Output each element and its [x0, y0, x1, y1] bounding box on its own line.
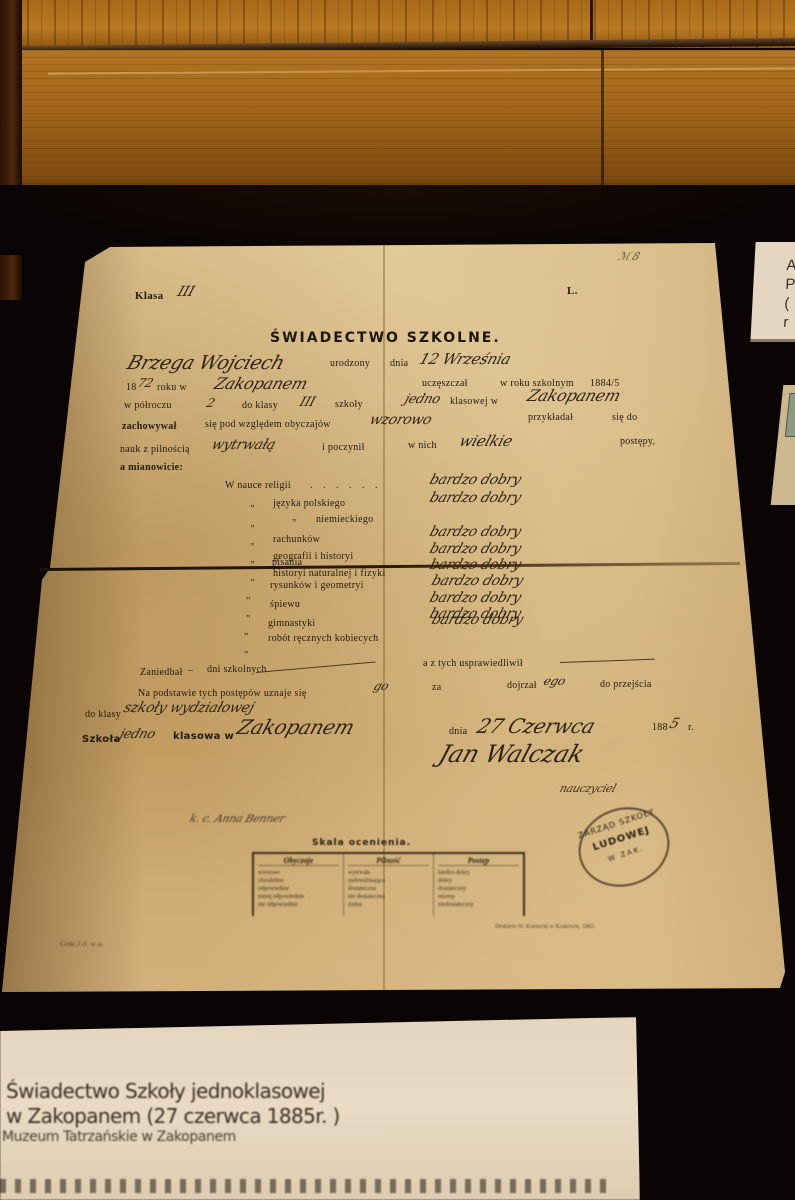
issue-year-prefix: 188	[652, 722, 668, 733]
subject-grade: bardzo dobry	[427, 541, 523, 557]
year-place-label: roku w	[157, 382, 187, 393]
behaved-label: zachowywał	[122, 421, 177, 432]
day-label: dnia	[390, 358, 408, 369]
next-class-value: szkoły wydziałowej	[121, 700, 256, 716]
scale-column-head: Pilność	[348, 856, 429, 866]
scale-column: Postęp bardzo dobry dobry dostateczny mi…	[434, 854, 523, 916]
scale-entry: żadna	[348, 901, 429, 909]
subject-grade: bardzo dobry	[427, 590, 523, 606]
to-class2-label: do klasy	[85, 709, 121, 720]
subject-grade: bardzo dobry	[427, 524, 523, 540]
school2-type: jedno	[118, 727, 158, 742]
neglected-value: –	[188, 665, 193, 676]
scale-entry: wytrwała	[348, 869, 429, 877]
subject-name: rachunków	[273, 534, 320, 545]
ditto-mark: „	[250, 536, 254, 547]
issue-r: r.	[688, 722, 694, 733]
school-type: jedno	[403, 392, 443, 407]
ditto-mark: „	[250, 518, 254, 529]
diligence-value: wytrwałą	[209, 437, 277, 453]
teacher-signature: Jan Walczak	[435, 740, 587, 768]
neglected-label: Zaniedbał	[140, 667, 183, 678]
scale-entry: odpowiednie	[258, 885, 339, 893]
issue-day-label: dnia	[449, 726, 467, 737]
scale-entry: dostateczna	[348, 885, 429, 893]
scale-entry: mniej odpowiednie	[258, 893, 339, 901]
subject-name: rysunków i geometryi	[270, 580, 364, 591]
school-days-label: dni szkolnych	[207, 664, 267, 675]
leader-dots: . . . . . .	[310, 480, 382, 491]
progress-label: i poczynił	[322, 442, 365, 453]
attended-label: uczęszczał	[422, 378, 468, 389]
issue-date: 27 Czerwca	[474, 714, 598, 738]
left-signature: k. c. Anna Benner	[188, 812, 287, 825]
scale-entry: mierny	[438, 893, 519, 901]
subject-name: gimnastyki	[268, 618, 315, 629]
ditto-mark: „	[250, 554, 254, 565]
progress-suffix: postępy,	[620, 436, 655, 447]
ditto-mark: „	[244, 626, 248, 637]
for-label: za	[432, 682, 441, 693]
caption-title-line1: Świadectwo Szkoły jednoklasowej	[6, 1079, 325, 1103]
school-certificate: Klasa III L. ℳ 8 ŚWIADECTWO SZKOLNE. Brz…	[0, 0, 795, 1000]
ditto-mark: „	[250, 572, 254, 583]
museum-caption-card: Świadectwo Szkoły jednoklasowej w Zakopa…	[0, 1017, 640, 1200]
subject-name: pisania	[272, 557, 302, 568]
school-place: Zakopanem	[525, 386, 623, 405]
scale-entry: bardzo dobry	[438, 869, 519, 877]
ditto-mark: „	[246, 608, 250, 619]
scale-column: Obyczaje wzorowe chwalebne odpowiednie m…	[254, 854, 344, 916]
birth-date: 12 Września	[417, 350, 513, 368]
archive-note: ℳ 8	[616, 250, 642, 263]
scale-column: Pilność wytrwała zadowalniająca dostatec…	[344, 854, 434, 916]
scale-column-head: Obyczaje	[258, 856, 339, 866]
subject-grade: bardzo dobry	[427, 472, 523, 488]
to-class-label: do klasy	[242, 400, 278, 411]
subject-grade: bardzo dobry	[429, 573, 525, 589]
scale-entry: nie dostateczna	[348, 893, 429, 901]
namely-label: a mianowicie:	[120, 462, 183, 473]
diligence-label: nauk z pilnością	[120, 444, 190, 455]
scale-entry: zadowalniająca	[348, 877, 429, 885]
school2-label: Szkoła	[82, 734, 121, 745]
classes-label: klasowej w	[450, 396, 498, 407]
price-line: Cena 3 ct. w. a.	[60, 940, 103, 948]
birth-place: Zakopanem	[212, 374, 310, 393]
scale-entry: niedostateczny	[438, 901, 519, 909]
class-label: Klasa	[135, 290, 163, 302]
born-label: urodzony	[330, 358, 370, 369]
grading-scale-table: Obyczaje wzorowe chwalebne odpowiednie m…	[252, 852, 525, 916]
subject-name: historyi naturalnej i fizyki	[273, 568, 386, 579]
subject-grade: bardzo dobry	[427, 557, 523, 573]
mature-label: dojrzał	[507, 680, 537, 691]
basis-label: Na podstawie tych postępów uznaje się	[138, 688, 307, 699]
scale-entry: chwalebne	[258, 877, 339, 885]
transition-label: do przejścia	[600, 679, 652, 690]
excused-label: a z tych usprawiedliwił	[423, 658, 523, 669]
subject-name: niemieckiego	[316, 514, 373, 525]
issue-place: Zakopanem	[234, 715, 358, 739]
second-signature: nauczyciel	[558, 782, 618, 795]
school2-suffix: klasowa w	[173, 731, 234, 742]
subject-name: śpiewu	[270, 599, 300, 610]
scale-entry: nie odpowiednie	[258, 901, 339, 909]
in-them-label: w nich	[408, 440, 437, 451]
scale-title: Skala ocenienia.	[312, 838, 411, 848]
applied-label: przykładał	[528, 412, 573, 423]
scale-entry: dobry	[438, 877, 519, 885]
printer-line: Drukiem W. Kornecki w Krakowie, 1883.	[495, 924, 596, 930]
corner-mark: L.	[567, 285, 578, 297]
school-label: szkoły	[335, 399, 363, 410]
year-prefix: 18	[126, 382, 137, 393]
progress-value: wielkie	[457, 432, 515, 450]
subject-name: języka polskiego	[273, 498, 345, 509]
certificate-paper	[0, 0, 795, 1000]
subject-grade: bardzo dobry	[429, 612, 525, 628]
caption-title-line2: w Zakopanem (27 czerwca 1885r. )	[6, 1104, 340, 1128]
scale-column-head: Postęp	[438, 856, 519, 866]
semester-label: w półroczu	[124, 400, 172, 411]
subject-name: robót ręcznych kobiecych	[268, 633, 379, 644]
scale-entry: wzorowe	[258, 869, 339, 877]
conduct-value: wzorowo	[367, 412, 433, 428]
applied-suffix: się do	[612, 412, 637, 423]
ditto-mark: „	[292, 512, 296, 523]
subject-name: W nauce religii	[225, 480, 291, 491]
caption-museum-credit: Muzeum Tatrzańskie w Zakopanem	[2, 1129, 236, 1145]
ditto-mark: „	[246, 590, 250, 601]
ditto-mark: „	[250, 498, 254, 509]
certificate-title: ŚWIADECTWO SZKOLNE.	[270, 330, 501, 346]
ditto-mark: „	[244, 644, 248, 655]
caption-card-edge-pattern	[0, 1179, 610, 1193]
subject-grade: bardzo dobry	[427, 490, 523, 506]
scale-entry: dostateczny	[438, 885, 519, 893]
student-name: Brzega Wojciech	[124, 352, 287, 374]
conduct-label: się pod względem obyczajów	[205, 419, 331, 430]
